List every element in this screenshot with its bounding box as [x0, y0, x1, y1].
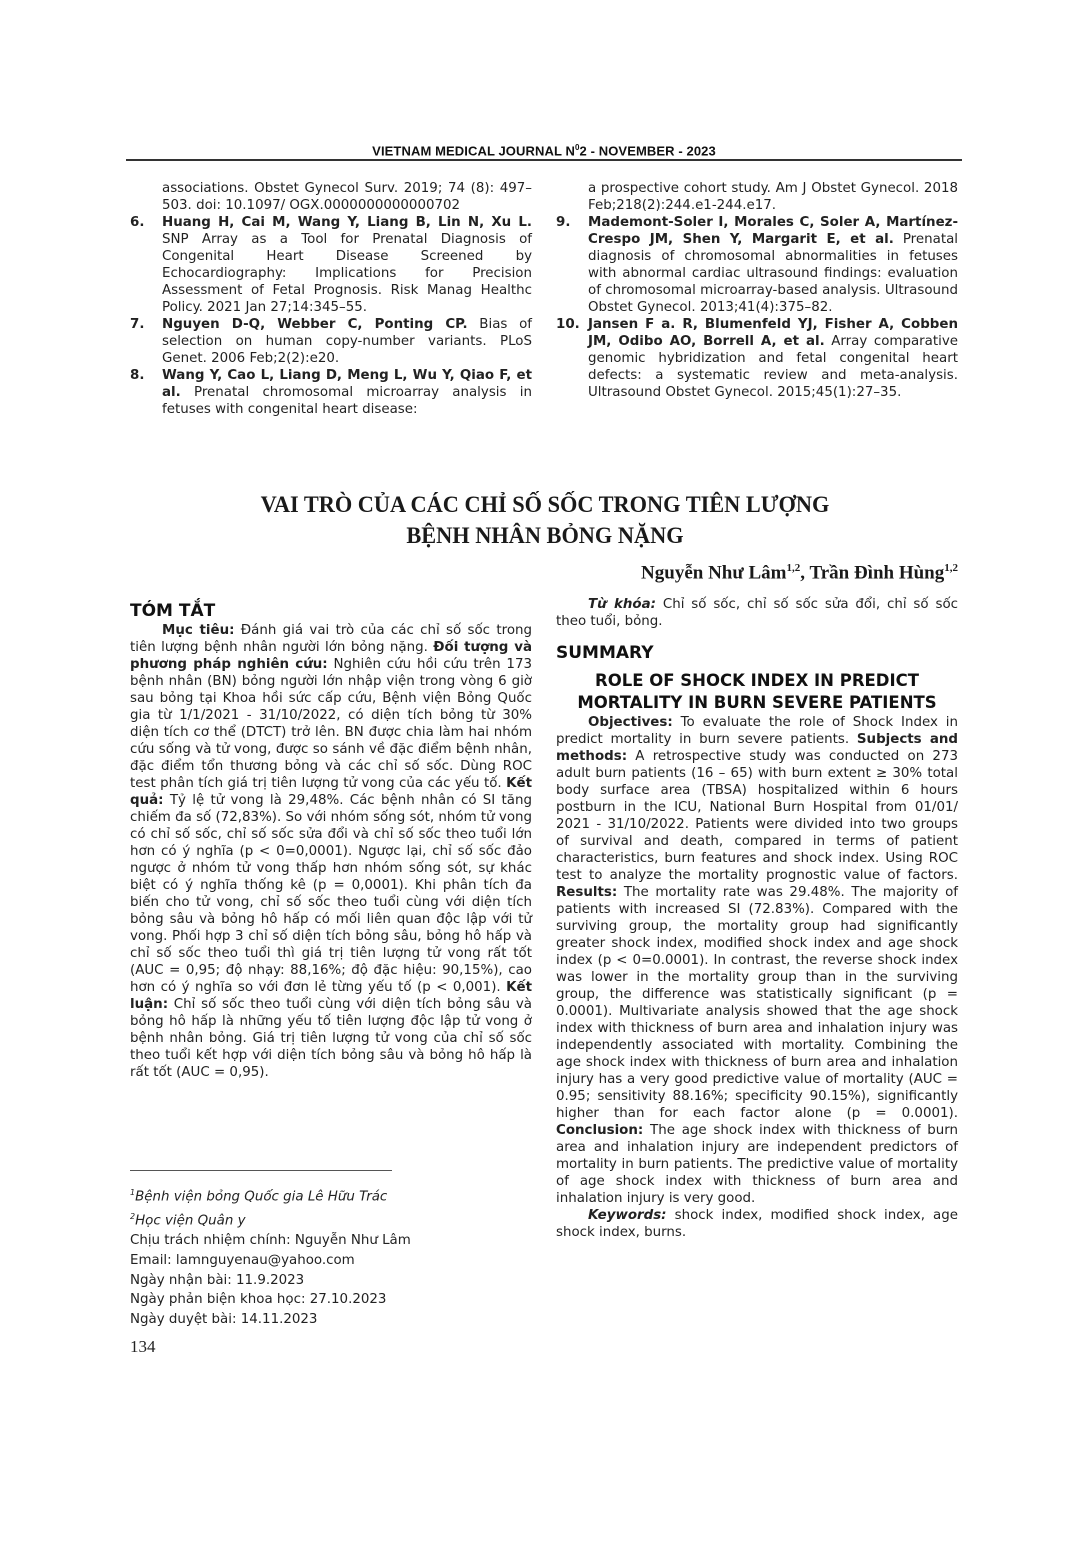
issue-date: 2 - NOVEMBER - 2023 [580, 143, 716, 158]
article-title-line-1: VAI TRÒ CỦA CÁC CHỈ SỐ SỐC TRONG TIÊN LƯ… [217, 490, 873, 521]
reference-item-8: 8. Wang Y, Cao L, Liang D, Meng L, Wu Y,… [130, 367, 532, 418]
abstract-english-column: Từ khóa: Chỉ số sốc, chỉ số sốc sửa đổi,… [556, 596, 958, 1241]
article-title-line-2: BỆNH NHÂN BỎNG NẶNG [217, 521, 873, 552]
author-name: Trần Đình Hùng [809, 562, 944, 583]
abstract-body: Mục tiêu: Đánh giá vai trò của các chỉ s… [130, 622, 532, 1081]
date-accepted: Ngày duyệt bài: 14.11.2023 [130, 1310, 532, 1330]
reference-continuation: a prospective cohort study. Am J Obstet … [556, 180, 958, 214]
journal-name: VIETNAM MEDICAL JOURNAL N [372, 143, 575, 158]
reference-item-6: 6. Huang H, Cai M, Wang Y, Liang B, Lin … [130, 214, 532, 316]
author-name: Nguyễn Như Lâm [641, 562, 786, 583]
keywords-vietnamese: Từ khóa: Chỉ số sốc, chỉ số sốc sửa đổi,… [556, 596, 958, 630]
author-affiliation-sup: 1,2 [944, 562, 958, 574]
article-title: VAI TRÒ CỦA CÁC CHỈ SỐ SỐC TRONG TIÊN LƯ… [217, 490, 873, 552]
footnotes: 1Bệnh viện bỏng Quốc gia Lê Hữu Trác 2Họ… [130, 1183, 532, 1330]
references-right-column: a prospective cohort study. Am J Obstet … [556, 180, 958, 401]
summary-body: Objectives: To evaluate the role of Shoc… [556, 714, 958, 1207]
abstract-vietnamese: TÓM TẮT Mục tiêu: Đánh giá vai trò của c… [130, 600, 532, 1081]
journal-page: VIETNAM MEDICAL JOURNAL N02 - NOVEMBER -… [0, 0, 1090, 1541]
author-list: Nguyễn Như Lâm1,2, Trần Đình Hùng1,2 [556, 562, 958, 584]
reference-item-9: 9. Mademont-Soler I, Morales C, Soler A,… [556, 214, 958, 316]
reference-authors: Huang H, Cai M, Wang Y, Liang B, Lin N, … [162, 215, 532, 230]
reference-item-10: 10. Jansen F a. R, Blumenfeld YJ, Fisher… [556, 316, 958, 401]
summary-title: ROLE OF SHOCK INDEX IN PREDICT MORTALITY… [556, 670, 958, 714]
corresponding-author: Chịu trách nhiệm chính: Nguyễn Như Lâm [130, 1231, 532, 1251]
date-received: Ngày nhận bài: 11.9.2023 [130, 1271, 532, 1291]
reference-text: SNP Array as a Tool for Prenatal Diagnos… [162, 232, 532, 315]
reference-continuation: associations. Obstet Gynecol Surv. 2019;… [130, 180, 532, 214]
summary-heading: SUMMARY [556, 642, 958, 664]
keywords-english: Keywords: shock index, modified shock in… [556, 1207, 958, 1241]
abstract-heading: TÓM TẮT [130, 600, 532, 622]
date-reviewed: Ngày phản biện khoa học: 27.10.2023 [130, 1290, 532, 1310]
reference-item-7: 7. Nguyen D-Q, Webber C, Ponting CP. Bia… [130, 316, 532, 367]
running-header: VIETNAM MEDICAL JOURNAL N02 - NOVEMBER -… [126, 143, 962, 158]
reference-text: Prenatal chromosomal microarray analysis… [162, 385, 532, 417]
footnote-divider [130, 1170, 392, 1171]
author-affiliation-sup: 1,2 [787, 562, 801, 574]
affiliation-2: 2Học viện Quân y [130, 1207, 532, 1231]
reference-authors: Nguyen D-Q, Webber C, Ponting CP. [162, 317, 468, 332]
references-left-column: associations. Obstet Gynecol Surv. 2019;… [130, 180, 532, 418]
header-divider [126, 159, 962, 161]
email: Email: lamnguyenau@yahoo.com [130, 1251, 532, 1271]
page-number: 134 [130, 1337, 156, 1357]
affiliation-1: 1Bệnh viện bỏng Quốc gia Lê Hữu Trác [130, 1183, 532, 1207]
